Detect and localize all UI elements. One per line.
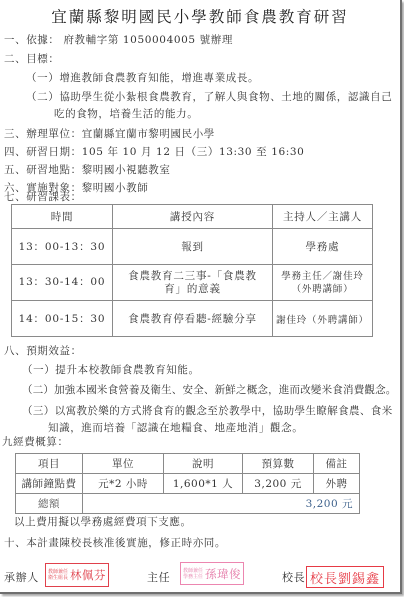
schedule-table: 時間 講授內容 主持人／主講人 13：00-13：30 報到 學務處 13：30… bbox=[11, 204, 373, 337]
budget-header-desc: 說明 bbox=[164, 454, 243, 474]
handler-stamp-title-2: 衛生組長 bbox=[48, 575, 68, 581]
director-stamp-titles: 教師兼任 學務主任 bbox=[183, 568, 203, 580]
schedule-label: 七、研習課表： bbox=[4, 189, 82, 204]
basis-label: 一、依據： bbox=[4, 34, 60, 46]
budget-header-note: 備註 bbox=[314, 454, 360, 474]
schedule-content: 食農教育二三事-「食農教 育」的意義 bbox=[113, 265, 273, 301]
schedule-header-content: 講授內容 bbox=[113, 205, 273, 229]
date-label: 四、研習日期： bbox=[4, 146, 82, 158]
benefit-item-1: （一）提升本校教師食農教育知能。 bbox=[22, 362, 200, 377]
document-title: 宜蘭縣黎明國民小學教師食農教育研習 bbox=[0, 5, 400, 27]
location-label: 五、研習地點： bbox=[4, 164, 82, 176]
schedule-host: 謝佳玲（外聘講師） bbox=[273, 301, 373, 337]
benefit-item-2: （二）加強本國米食營養及衛生、安全、新鮮之概念，進而改變米食消費觀念。 bbox=[22, 382, 397, 397]
schedule-content: 報到 bbox=[113, 229, 273, 265]
budget-total-value: 3,200 元 bbox=[83, 494, 360, 514]
schedule-time: 13：30-14：00 bbox=[12, 265, 113, 301]
handler-label: 承辦人 bbox=[4, 569, 39, 585]
budget-total-row: 總額 3,200 元 bbox=[16, 494, 360, 514]
budget-header-row: 項目 單位 說明 預算數 備註 bbox=[16, 454, 360, 474]
location-text: 黎明國小視聽教室 bbox=[82, 164, 171, 176]
goal-num: （二） bbox=[26, 91, 59, 103]
budget-note: 外聘 bbox=[314, 474, 360, 494]
budget-amount: 3,200 元 bbox=[243, 474, 314, 494]
schedule-content-line1: 食農教育二三事-「食農教 bbox=[115, 270, 270, 283]
basis-line: 一、依據： 府教輔字第 1050004005 號辦理 bbox=[4, 32, 233, 47]
benefit-item-3: （三）以寓教於樂的方式將食育的觀念至於教學中，協助學生瞭解食農、食米 bbox=[22, 403, 393, 418]
handler-stamp-name: 林佩芬 bbox=[70, 567, 106, 583]
date-line: 四、研習日期：105 年 10 月 12 日（三）13:30 至 16:30 bbox=[4, 144, 304, 159]
document-page: 宜蘭縣黎明國民小學教師食農教育研習 一、依據： 府教輔字第 1050004005… bbox=[0, 0, 402, 594]
schedule-host-line1: 學務主任／謝佳玲 bbox=[275, 270, 370, 283]
organizer-label: 三、辦理單位： bbox=[4, 128, 82, 140]
budget-total-label: 總額 bbox=[16, 494, 83, 514]
goals-label: 二、目標： bbox=[4, 51, 60, 66]
schedule-host-line2: （外聘講師） bbox=[275, 283, 370, 296]
director-label: 主任 bbox=[147, 569, 170, 585]
schedule-host: 學務主任／謝佳玲 （外聘講師） bbox=[273, 265, 373, 301]
approval-line: 十、本計畫陳校長核准後實施，修正時亦同。 bbox=[4, 535, 226, 550]
organizer-text: 宜蘭縣宜蘭市黎明國民小學 bbox=[82, 128, 215, 140]
table-row: 講師鐘點費 元*2 小時 1,600*1 人 3,200 元 外聘 bbox=[16, 474, 360, 494]
table-row: 14：00-15：30 食農教育停看聽-經驗分享 謝佳玲（外聘講師） bbox=[12, 301, 373, 337]
goal-text: 協助學生從小紮根食農教育，了解人與食物、土地的關係，認識自己 bbox=[59, 91, 392, 103]
schedule-host: 學務處 bbox=[273, 229, 373, 265]
handler-stamp: 教師兼任 衛生組長 林佩芬 bbox=[45, 563, 109, 587]
schedule-time: 13：00-13：30 bbox=[12, 229, 113, 265]
budget-unit: 元*2 小時 bbox=[83, 474, 164, 494]
budget-table: 項目 單位 說明 預算數 備註 講師鐘點費 元*2 小時 1,600*1 人 3… bbox=[15, 453, 360, 514]
handler-stamp-titles: 教師兼任 衛生組長 bbox=[48, 569, 68, 581]
principal-label: 校長 bbox=[282, 569, 305, 585]
budget-header-item: 項目 bbox=[16, 454, 83, 474]
schedule-content: 食農教育停看聽-經驗分享 bbox=[113, 301, 273, 337]
schedule-header-row: 時間 講授內容 主持人／主講人 bbox=[12, 205, 373, 229]
budget-header-unit: 單位 bbox=[83, 454, 164, 474]
schedule-header-time: 時間 bbox=[12, 205, 113, 229]
schedule-content-line2: 育」的意義 bbox=[115, 283, 270, 296]
table-row: 13：00-13：30 報到 學務處 bbox=[12, 229, 373, 265]
schedule-header-host: 主持人／主講人 bbox=[273, 205, 373, 229]
date-text: 105 年 10 月 12 日（三）13:30 至 16:30 bbox=[82, 146, 305, 158]
goal-text: 增進教師食農教育知能，增進專業成長。 bbox=[59, 72, 259, 84]
goal-item-1: （一）增進教師食農教育知能，增進專業成長。 bbox=[26, 70, 259, 85]
budget-header-amount: 預算數 bbox=[243, 454, 314, 474]
schedule-time: 14：00-15：30 bbox=[12, 301, 113, 337]
location-line: 五、研習地點：黎明國小視聽教室 bbox=[4, 162, 171, 177]
budget-item: 講師鐘點費 bbox=[16, 474, 83, 494]
audience-text: 黎明國小教師 bbox=[82, 182, 149, 194]
goal-item-2-cont: 吃的食物，培養生活的能力。 bbox=[54, 106, 198, 121]
principal-stamp: 校長劉錫鑫 bbox=[306, 566, 384, 588]
director-stamp-title-2: 學務主任 bbox=[183, 574, 203, 580]
benefits-label: 八、預期效益： bbox=[4, 343, 82, 358]
director-stamp: 教師兼任 學務主任 孫瑋俊 bbox=[180, 562, 244, 585]
director-stamp-name: 孫瑋俊 bbox=[205, 566, 241, 582]
benefit-item-3-cont: 知識，進而培養「認識在地糧食、地產地消」觀念。 bbox=[48, 420, 303, 435]
goal-num: （一） bbox=[26, 72, 59, 84]
table-row: 13：30-14：00 食農教育二三事-「食農教 育」的意義 學務主任／謝佳玲 … bbox=[12, 265, 373, 301]
organizer-line: 三、辦理單位：宜蘭縣宜蘭市黎明國民小學 bbox=[4, 126, 215, 141]
goal-item-2: （二）協助學生從小紮根食農教育，了解人與食物、土地的關係，認識自己 bbox=[26, 89, 392, 104]
budget-desc: 1,600*1 人 bbox=[164, 474, 243, 494]
budget-label: 九經費概算： bbox=[2, 434, 69, 449]
budget-footnote: 以上費用擬以學務處經費項下支應。 bbox=[14, 514, 192, 529]
basis-text: 府教輔字第 1050004005 號辦理 bbox=[63, 34, 232, 46]
principal-stamp-name: 校長劉錫鑫 bbox=[310, 568, 380, 587]
